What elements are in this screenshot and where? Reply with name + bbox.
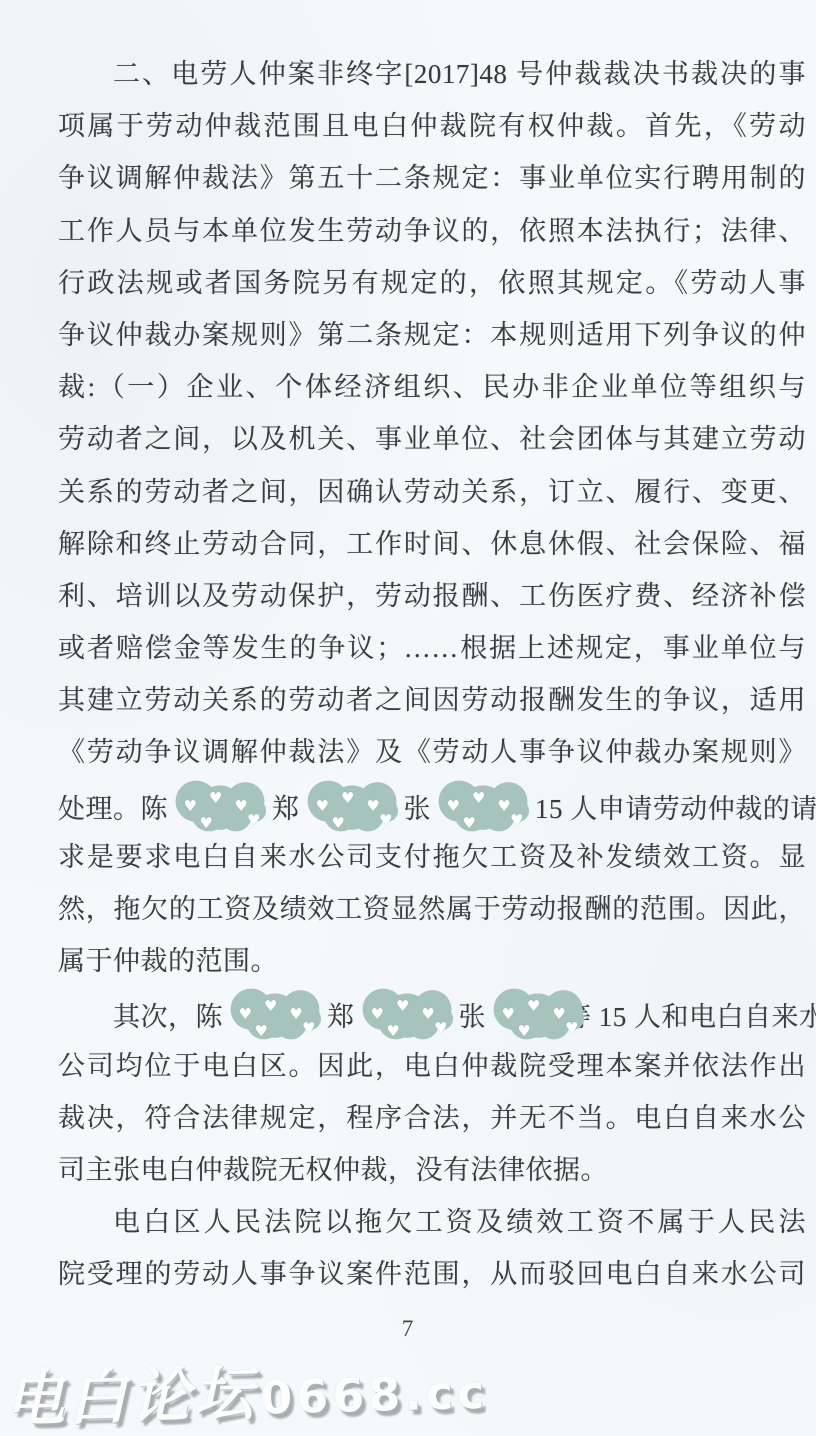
redaction-sticker-icon: ♥ ♥ ♥ ♥ ♥ (172, 779, 268, 833)
document-line: 行政法规或者国务院另有规定的，依照其规定。《劳动人事 (58, 257, 806, 309)
text-run: 劳动者之间，以及机关、事业单位、社会团体与其建立劳动 (58, 424, 806, 454)
text-run: 《劳动争议调解仲裁法》及《劳动人事争议仲裁办案规则》 (58, 737, 806, 767)
svg-text:♥: ♥ (366, 796, 380, 814)
document-line: 项属于劳动仲裁范围且电白仲裁院有权仲裁。首先，《劳动 (58, 100, 806, 152)
text-run: 裁:（一）企业、个体经济组织、民办非企业单位等组织与 (58, 372, 806, 402)
document-line: 二、电劳人仲案非终字[2017]48 号仲裁裁决书裁决的事 (58, 48, 806, 100)
document-line: 然，拖欠的工资及绩效工资显然属于劳动报酬的范围。因此， (58, 883, 806, 935)
svg-text:♥: ♥ (247, 811, 261, 829)
svg-text:♥: ♥ (510, 811, 524, 829)
svg-text:♥: ♥ (234, 796, 248, 814)
document-line: 解除和终止劳动合同，工作时间、休息休假、社会保险、福 (58, 518, 806, 570)
text-run: 工作人员与本单位发生劳动争议的，依照本法执行；法律、 (58, 216, 806, 246)
svg-text:♥: ♥ (340, 788, 354, 806)
svg-text:♥: ♥ (434, 1019, 448, 1037)
document-line: 属于仲裁的范围。 (58, 935, 806, 987)
svg-text:♥: ♥ (462, 814, 476, 832)
svg-text:♥: ♥ (289, 1005, 303, 1023)
text-run: 等 15 人和电白自来水 (564, 1002, 816, 1032)
document-line: 处理。陈 ♥ ♥ ♥ ♥ ♥ 郑 ♥ ♥ ♥ ♥ (58, 779, 806, 831)
document-line: 或者赔偿金等发生的争议；……根据上述规定，事业单位与 (58, 622, 806, 674)
document-line: 争议仲裁办案规则》第二条规定：本规则适用下列争议的仲 (58, 309, 806, 361)
svg-text:♥: ♥ (209, 788, 223, 806)
text-run: 其建立劳动关系的劳动者之间因劳动报酬发生的争议，适用 (58, 685, 806, 715)
svg-text:♥: ♥ (517, 1023, 531, 1041)
document-line: 其次，陈 ♥ ♥ ♥ ♥ ♥ 郑 ♥ ♥ ♥ ♥ (58, 987, 806, 1039)
svg-text:♥: ♥ (421, 1005, 435, 1023)
text-run: 电白区人民法院以拖欠工资及绩效工资不属于人民法 (113, 1207, 806, 1237)
text-run: 属于仲裁的范围。 (58, 946, 278, 976)
document-line: 关系的劳动者之间，因确认劳动关系，订立、履行、变更、 (58, 466, 806, 518)
text-run: 二、电劳人仲案非终字[2017]48 号仲裁裁决书裁决的事 (113, 59, 806, 89)
svg-text:♥: ♥ (379, 811, 393, 829)
svg-text:♥: ♥ (183, 796, 197, 814)
text-run: 张 (404, 794, 432, 824)
watermark-site-name: 电白论坛 (3, 1359, 257, 1436)
svg-text:♥: ♥ (264, 997, 278, 1015)
document-line: 裁决，符合法律规定，程序合法，并无不当。电白自来水公 (58, 1092, 806, 1144)
text-run: 解除和终止劳动合同，工作时间、休息休假、社会保险、福 (58, 529, 806, 559)
svg-text:♥: ♥ (199, 814, 213, 832)
svg-text:♥: ♥ (254, 1023, 268, 1041)
document-line: 《劳动争议调解仲裁法》及《劳动人事争议仲裁办案规则》 (58, 726, 806, 778)
watermark-domain: 0668.cc (260, 1365, 489, 1425)
watermark: 电白论坛0668.cc (3, 1340, 489, 1436)
text-run: 公司均位于电白区。因此，电白仲裁院受理本案并依法作出 (58, 1051, 806, 1081)
page-number: 7 (0, 1316, 816, 1342)
document-line: 争议调解仲裁法》第五十二条规定：事业单位实行聘用制的 (58, 152, 806, 204)
svg-text:♥: ♥ (331, 814, 345, 832)
text-run: 司主张电白仲裁院无权仲裁，没有法律依据。 (58, 1155, 608, 1185)
svg-text:♥: ♥ (565, 1019, 579, 1037)
svg-text:♥: ♥ (238, 1005, 252, 1023)
svg-text:♥: ♥ (302, 1019, 316, 1037)
svg-text:♥: ♥ (315, 796, 329, 814)
document-line: 工作人员与本单位发生劳动争议的，依照本法执行；法律、 (58, 205, 806, 257)
text-run: 项属于劳动仲裁范围且电白仲裁院有权仲裁。首先，《劳动 (58, 111, 806, 141)
document-line: 其建立劳动关系的劳动者之间因劳动报酬发生的争议，适用 (58, 674, 806, 726)
document-line: 利、培训以及劳动保护，劳动报酬、工伤医疗费、经济补偿 (58, 570, 806, 622)
text-run: 其次，陈 (113, 1002, 223, 1032)
text-run: 争议调解仲裁法》第五十二条规定：事业单位实行聘用制的 (58, 163, 806, 193)
text-run: 然，拖欠的工资及绩效工资显然属于劳动报酬的范围。因此， (58, 894, 806, 924)
text-run: 郑 (272, 794, 300, 824)
svg-text:♥: ♥ (472, 788, 486, 806)
scanned-document-page: 二、电劳人仲案非终字[2017]48 号仲裁裁决书裁决的事项属于劳动仲裁范围且电… (0, 0, 816, 1436)
svg-text:♥: ♥ (497, 796, 511, 814)
svg-text:♥: ♥ (527, 997, 541, 1015)
redaction-sticker-icon: ♥ ♥ ♥ ♥ ♥ (359, 987, 455, 1041)
text-run: 或者赔偿金等发生的争议；……根据上述规定，事业单位与 (58, 633, 806, 663)
document-line: 电白区人民法院以拖欠工资及绩效工资不属于人民法 (58, 1196, 806, 1248)
text-run: 处理。陈 (58, 794, 168, 824)
svg-text:♥: ♥ (552, 1005, 566, 1023)
redaction-sticker-icon: ♥ ♥ ♥ ♥ ♥ (227, 987, 323, 1041)
text-run: 求是要求电白自来水公司支付拖欠工资及补发绩效工资。显 (58, 842, 806, 872)
svg-text:♥: ♥ (501, 1005, 515, 1023)
text-run: 15 人申请劳动仲裁的请 (535, 794, 816, 824)
document-line: 劳动者之间，以及机关、事业单位、社会团体与其建立劳动 (58, 413, 806, 465)
text-run: 裁决，符合法律规定，程序合法，并无不当。电白自来水公 (58, 1103, 806, 1133)
svg-text:♥: ♥ (446, 796, 460, 814)
document-line: 裁:（一）企业、个体经济组织、民办非企业单位等组织与 (58, 361, 806, 413)
text-run: 关系的劳动者之间，因确认劳动关系，订立、履行、变更、 (58, 477, 806, 507)
redaction-sticker-icon: ♥ ♥ ♥ ♥ ♥ (490, 987, 586, 1041)
text-run: 利、培训以及劳动保护，劳动报酬、工伤医疗费、经济补偿 (58, 581, 806, 611)
text-run: 争议仲裁办案规则》第二条规定：本规则适用下列争议的仲 (58, 320, 806, 350)
redaction-sticker-icon: ♥ ♥ ♥ ♥ ♥ (304, 779, 400, 833)
text-run: 行政法规或者国务院另有规定的，依照其规定。《劳动人事 (58, 268, 806, 298)
redaction-sticker-icon: ♥ ♥ ♥ ♥ ♥ (435, 779, 531, 833)
document-body: 二、电劳人仲案非终字[2017]48 号仲裁裁决书裁决的事项属于劳动仲裁范围且电… (58, 48, 806, 1301)
document-line: 院受理的劳动人事争议案件范围，从而驳回电白自来水公司 (58, 1248, 806, 1300)
svg-text:♥: ♥ (386, 1023, 400, 1041)
document-line: 司主张电白仲裁院无权仲裁，没有法律依据。 (58, 1144, 806, 1196)
text-run: 郑 (327, 1002, 355, 1032)
text-run: 张 (459, 1002, 487, 1032)
document-line: 公司均位于电白区。因此，电白仲裁院受理本案并依法作出 (58, 1040, 806, 1092)
document-line: 求是要求电白自来水公司支付拖欠工资及补发绩效工资。显 (58, 831, 806, 883)
svg-text:♥: ♥ (370, 1005, 384, 1023)
text-run: 院受理的劳动人事争议案件范围，从而驳回电白自来水公司 (58, 1259, 806, 1289)
svg-text:♥: ♥ (395, 997, 409, 1015)
